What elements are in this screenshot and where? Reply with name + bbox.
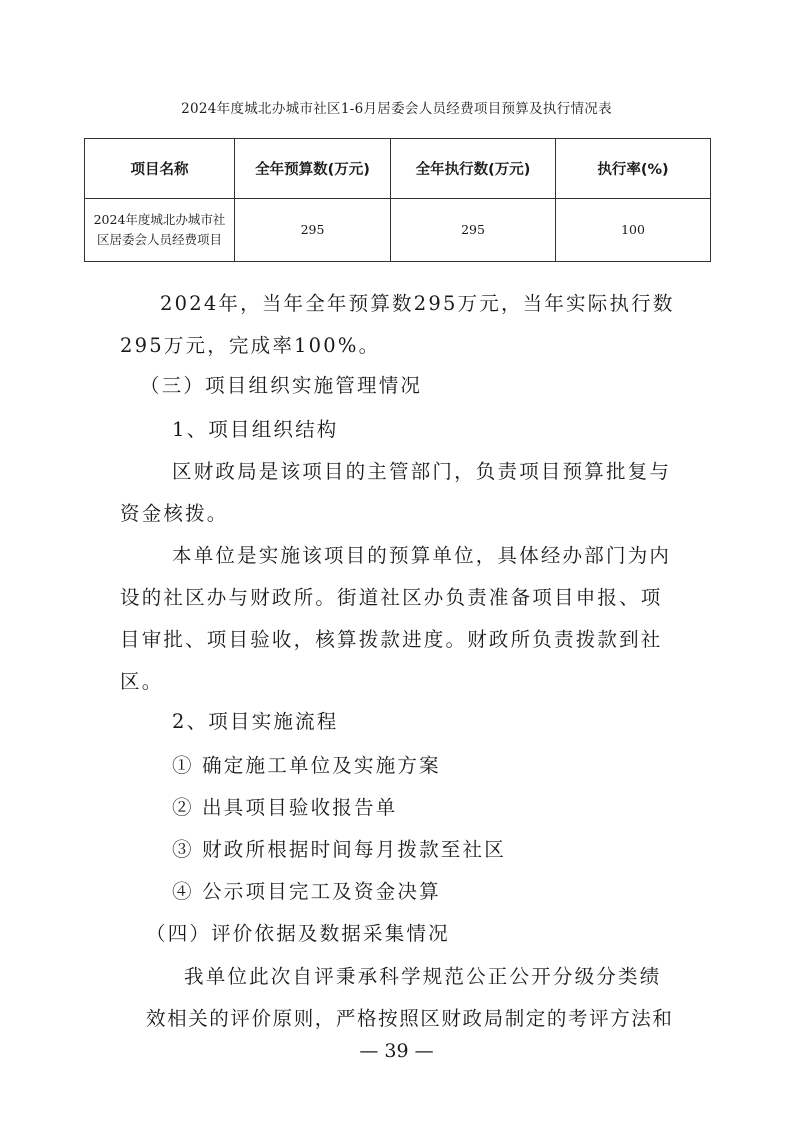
cell-rate: 100 (556, 199, 711, 262)
cell-executed: 295 (391, 199, 556, 262)
budget-execution-table: 项目名称 全年预算数(万元) 全年执行数(万元) 执行率(%) 2024年度城北… (84, 138, 711, 262)
summary-line-1: 2024年，当年全年预算数295万元，当年实际执行数 (160, 284, 720, 324)
table-title: 2024年度城北办城市社区1-6月居委会人员经费项目预算及执行情况表 (0, 97, 793, 117)
header-execution-rate: 执行率(%) (556, 139, 711, 199)
header-annual-executed: 全年执行数(万元) (391, 139, 556, 199)
org-para2-line3: 目审批、项目验收，核算拨款进度。财政所负责拨款到社 (120, 620, 680, 660)
cell-budget: 295 (235, 199, 391, 262)
header-annual-budget: 全年预算数(万元) (235, 139, 391, 199)
table-header-row: 项目名称 全年预算数(万元) 全年执行数(万元) 执行率(%) (85, 139, 711, 199)
section-4-heading: （四）评价依据及数据采集情况 (146, 914, 706, 954)
org-para2-line4: 区。 (120, 662, 680, 702)
org-para2-line2: 设的社区办与财政所。街道社区办负责准备项目申报、项 (120, 578, 680, 618)
org-para1-line2: 资金核拨。 (120, 494, 680, 534)
section-3-heading: （三）项目组织实施管理情况 (140, 366, 700, 406)
org-para2-line1: 本单位是实施该项目的预算单位，具体经办部门为内 (172, 536, 732, 576)
subsection-1-heading: 1、项目组织结构 (172, 410, 732, 450)
org-para1-line1: 区财政局是该项目的主管部门，负责项目预算批复与 (172, 452, 732, 492)
eval-line-2: 效相关的评价原则，严格按照区财政局制定的考评方法和 (146, 999, 716, 1039)
eval-line-1: 我单位此次自评秉承科学规范公正公开分级分类绩 (184, 957, 744, 997)
page-number: — 39 — (0, 1040, 793, 1062)
process-step-1: ① 确定施工单位及实施方案 (172, 746, 732, 786)
table-row: 2024年度城北办城市社区居委会人员经费项目 295 295 100 (85, 199, 711, 262)
process-step-3: ③ 财政所根据时间每月拨款至社区 (172, 830, 732, 870)
summary-line-2: 295万元，完成率100%。 (120, 326, 680, 366)
cell-project-name: 2024年度城北办城市社区居委会人员经费项目 (85, 199, 235, 262)
process-step-4: ④ 公示项目完工及资金决算 (172, 872, 732, 912)
process-step-2: ② 出具项目验收报告单 (172, 788, 732, 828)
subsection-2-heading: 2、项目实施流程 (172, 702, 732, 742)
header-project-name: 项目名称 (85, 139, 235, 199)
